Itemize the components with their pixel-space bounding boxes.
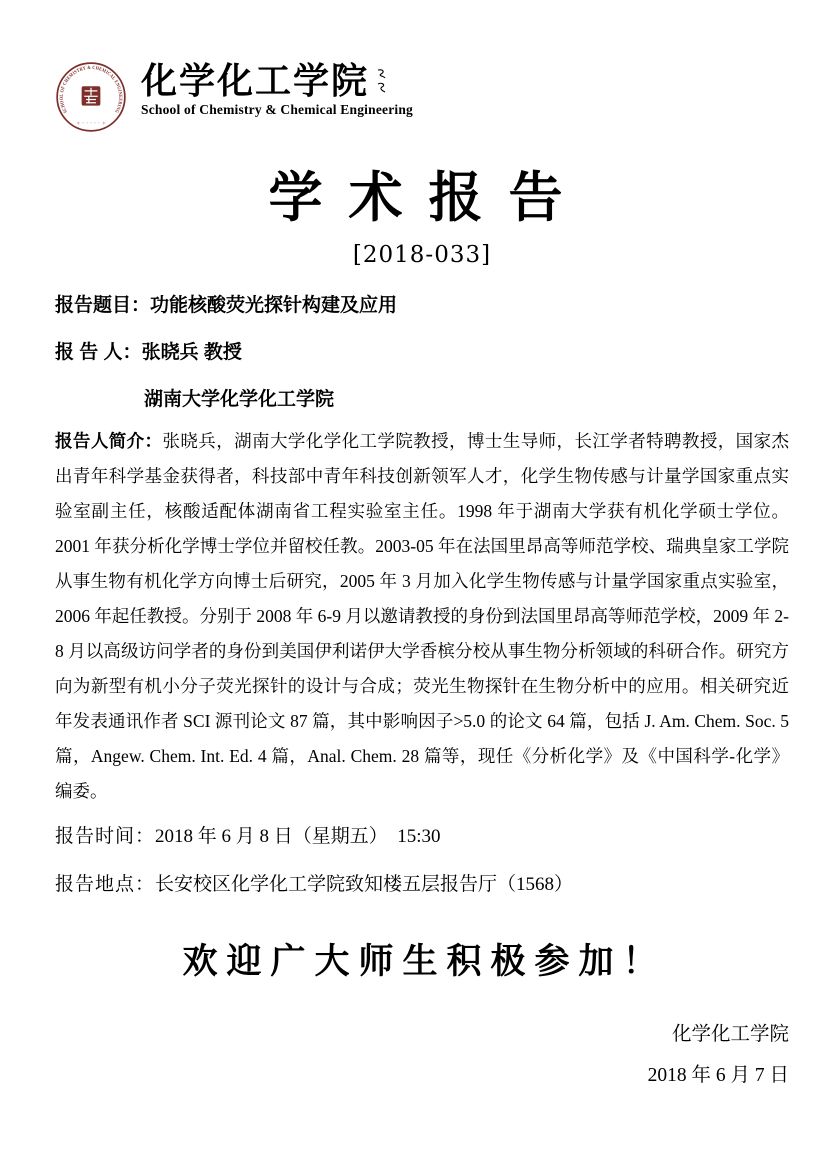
logo-name-cn: 化学化工学院	[141, 63, 369, 101]
time-value: 2018 年 6 月 8 日（星期五） 15:30	[155, 826, 441, 847]
page: SCHOOL OF CHEMISTRY & CHEMICAL ENGINEERI…	[0, 0, 827, 1169]
content: SCHOOL OF CHEMISTRY & CHEMICAL ENGINEERI…	[0, 0, 827, 1096]
topic-label: 报告题目：	[55, 295, 150, 316]
speaker-affiliation: 湖南大学化学化工学院	[144, 388, 789, 412]
doc-number: [2018-033]	[55, 242, 789, 268]
place-value: 长安校区化学化工学院致知楼五层报告厅（1568）	[155, 874, 573, 895]
topic-value: 功能核酸荧光探针构建及应用	[150, 295, 397, 316]
school-seal-icon: SCHOOL OF CHEMISTRY & CHEMICAL ENGINEERI…	[55, 61, 127, 133]
meta-block: 报告时间：2018 年 6 月 8 日（星期五） 15:30 报告地点：长安校区…	[55, 825, 789, 897]
logo-text: 化学化工学院 School of Chemistry & Chemical En…	[141, 60, 413, 118]
speaker-label: 报 告 人：	[55, 342, 142, 363]
header-logo: SCHOOL OF CHEMISTRY & CHEMICAL ENGINEERI…	[55, 60, 789, 148]
welcome-banner: 欢迎广大师生积极参加！	[55, 934, 789, 984]
svg-text:＊ ・・・・・ ＊: ＊ ・・・・・ ＊	[76, 121, 106, 126]
time-label: 报告时间：	[55, 826, 155, 847]
bio-label: 报告人简介：	[55, 431, 162, 451]
report-info: 报告题目：功能核酸荧光探针构建及应用 报 告 人：张晓兵 教授 湖南大学化学化工…	[55, 294, 789, 411]
bio-paragraph: 报告人简介：张晓兵，湖南大学化学化工学院教授，博士生导师，长江学者特聘教授，国家…	[55, 424, 789, 809]
topic-line: 报告题目：功能核酸荧光探针构建及应用	[55, 294, 789, 318]
footer-signature: 化学化工学院	[55, 1014, 789, 1055]
time-line: 报告时间：2018 年 6 月 8 日（星期五） 15:30	[55, 825, 789, 850]
footer: 化学化工学院 2018 年 6 月 7 日	[55, 1014, 789, 1096]
place-line: 报告地点：长安校区化学化工学院致知楼五层报告厅（1568）	[55, 873, 789, 898]
bio-text: 张晓兵，湖南大学化学化工学院教授，博士生导师，长江学者特聘教授，国家杰出青年科学…	[55, 431, 789, 801]
page-title: 学术报告	[55, 166, 789, 228]
speaker-value: 张晓兵 教授	[142, 342, 242, 363]
speaker-line: 报 告 人：张晓兵 教授	[55, 341, 789, 365]
place-label: 报告地点：	[55, 874, 155, 895]
footer-date: 2018 年 6 月 7 日	[55, 1055, 789, 1096]
logo-signature-mark	[375, 67, 388, 95]
logo-name-en: School of Chemistry & Chemical Engineeri…	[141, 102, 413, 118]
